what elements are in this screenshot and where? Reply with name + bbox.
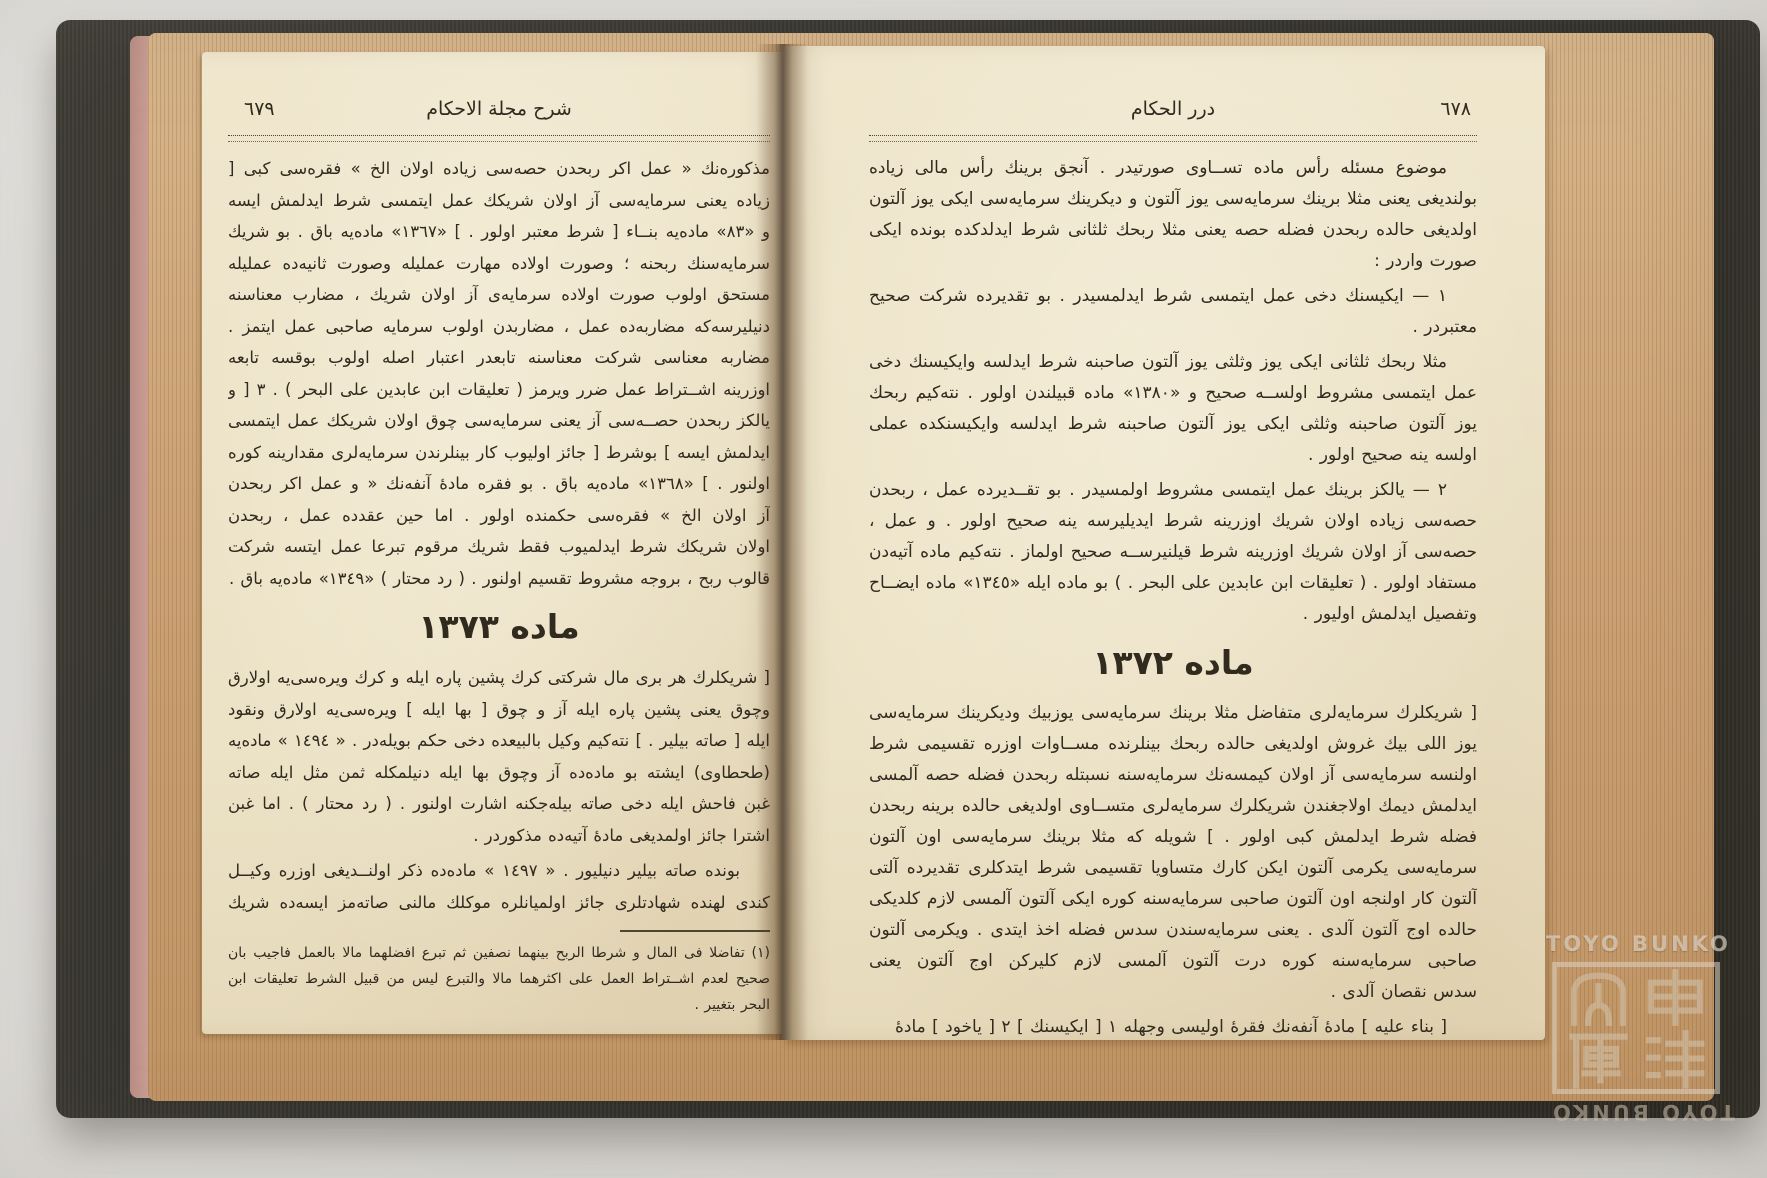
- footnote: (١) تفاضلا فى المال و شرطا الربح بينهما …: [228, 940, 770, 1018]
- paragraph: مثلا ربحك ثلثانى ايكى يوز وثلثى يوز آلتو…: [869, 347, 1477, 471]
- text-line: يوز آلتون صاحبنه وثلثى ايكى يوز آلتون صا…: [869, 409, 1477, 440]
- text-line: ايدلمش ديمك اولاجغندن شريكلرك سرمايه‌لرى…: [869, 791, 1477, 822]
- page-number-right: ٦٧٨: [1440, 98, 1471, 120]
- text-line: آلتون كار اولنجه اون آلتون صاحبى سرمايه‌…: [869, 884, 1477, 915]
- paragraph: [ شريكلرك سرمايه‌لرى متفاضل مثلا برينك س…: [869, 698, 1477, 1008]
- text-line: مذكوره‌نك « عمل اكر ربحدن حصه‌سى زياده ا…: [228, 153, 770, 185]
- text-line: اولسه ينه صحيح اولور .: [869, 440, 1477, 471]
- text-line: سرمايه‌سنك ربحنه ؛ وصورت اولاده مهارت عم…: [228, 248, 770, 280]
- running-title-right: درر الحكام: [869, 98, 1477, 120]
- text-line: كندى لهنده شهادتلرى جائز اولميانلره موكل…: [228, 887, 770, 919]
- text-line: سرمايه‌سى يكرمى آلتون ايكن كارك متساويا …: [869, 853, 1477, 884]
- text-line: صورت واردر :: [869, 246, 1477, 277]
- header-rule-left: [228, 135, 770, 142]
- text-line: يوز اللى بيك غروش اولديغى حالده ربحك بين…: [869, 729, 1477, 760]
- text-line: غبن فاحش ايله دخى صاته بيله‌جكنه اشارت ا…: [228, 788, 770, 820]
- header-rule-right: [869, 135, 1477, 142]
- text-line: اوزرينه اشــتراط عمل ضرر ويرمز ( تعليقات…: [228, 374, 770, 406]
- text-line: حصه‌سى آز اولان شريك اوزرينه شرط قيلنيرس…: [869, 537, 1477, 568]
- text-line: حالده اوج آلتون آلدى . يعنى سرمايه‌سندن …: [869, 915, 1477, 946]
- running-title-left: شرح مجلة الاحكام: [228, 98, 770, 120]
- text-line: مستفاد اولور . ( تعليقات ابن عابدين على …: [869, 568, 1477, 599]
- text-line: حصه‌سى زياده اولان شريك اوزرينه شرط ايدي…: [869, 506, 1477, 537]
- text-line: بونده صاته بيلير دنيليور . « ١٤٩٧ » ماده…: [228, 855, 770, 887]
- text-line: بولنديغى يعنى مثلا برينك سرمايه‌سى يوز آ…: [869, 184, 1477, 215]
- footnote-separator: [620, 930, 770, 932]
- text-line: ١ — ايكيسنك دخى عمل ايتمسى شرط ايدلمسيدر…: [869, 281, 1477, 312]
- page-right: ٦٧٨ درر الحكام موضوع مسئله رأس ماده تســ…: [782, 46, 1545, 1040]
- text-line: مثلا ربحك ثلثانى ايكى يوز وثلثى يوز آلتو…: [869, 347, 1477, 378]
- text-line: (١) تفاضلا فى المال و شرطا الربح بينهما …: [228, 940, 770, 966]
- text-line: يالكز ربحدن حصــه‌سى آز يعنى سرمايه‌سى چ…: [228, 405, 770, 437]
- paragraph: بونده صاته بيلير دنيليور . « ١٤٩٧ » ماده…: [228, 855, 770, 918]
- text-line: فضله شرط ايدلمش كبى اولور . ] شويله كه م…: [869, 822, 1477, 853]
- paragraph: [ شريكلرك هر برى مال شركتى كرك پشين پاره…: [228, 662, 770, 851]
- text-line: وچوق يعنى پشين پاره ايله آز و چوق [ بها …: [228, 694, 770, 726]
- page-right-body: موضوع مسئله رأس ماده تســاوى صورتيدر . آ…: [869, 153, 1477, 1043]
- text-line: و «٨٣» ماده‌يه بنــاء [ شرط معتبر اولور …: [228, 216, 770, 248]
- text-line: (طحطاوى) ايشته بو ماده‌ده آز وچوق بها اي…: [228, 757, 770, 789]
- text-line: آز اولان الخ » فقره‌سى حكمنده اولور . ام…: [228, 500, 770, 532]
- article-heading: ماده ١٣٧٢: [869, 634, 1477, 692]
- text-line: البحر بتغيير .: [228, 992, 770, 1018]
- paragraph: ٢ — يالكز برينك عمل ايتمسى مشروط اولمسيد…: [869, 475, 1477, 630]
- page-left: ٦٧٩ شرح مجلة الاحكام مذكوره‌نك « عمل اكر…: [202, 52, 782, 1034]
- text-line: معتبردر .: [869, 312, 1477, 343]
- paragraph: [ بناء عليه ] مادهٔ آنفه‌نك فقرهٔ اوليسى…: [869, 1012, 1477, 1043]
- text-line: [ شريكلرك سرمايه‌لرى متفاضل مثلا برينك س…: [869, 698, 1477, 729]
- text-line: اولديغى حالده ربحدن فضله حصه يعنى مثلا ر…: [869, 215, 1477, 246]
- text-line: ايله [ صاته بيلير . ] نته‌كيم وكيل بالبي…: [228, 725, 770, 757]
- text-line: اولنسه سرمايه‌سى آز اولان كيمسه‌نك سرماي…: [869, 760, 1477, 791]
- page-right-header: ٦٧٨ درر الحكام: [869, 98, 1477, 130]
- text-line: اولنور . ] «١٣٦٨» ماده‌يه باق . بو فقره …: [228, 468, 770, 500]
- text-line: اشترا جائز اولمديغى مادهٔ آتيه‌ده مذكورد…: [228, 820, 770, 852]
- page-left-body: مذكوره‌نك « عمل اكر ربحدن حصه‌سى زياده ا…: [228, 153, 770, 1018]
- text-line: عمل ايتمسى مشروط اولســه صحيح و «١٣٨٠» م…: [869, 378, 1477, 409]
- text-line: اولان شريكك شرط ايدلميوب فقط شريك مرقوم …: [228, 531, 770, 563]
- text-line: صحيح لعدم اشــتراط العمل على اكثرهما مال…: [228, 966, 770, 992]
- text-line: مستحق اولوب صورت اولاده سرمايه‌ى آز اولا…: [228, 279, 770, 311]
- paragraph: مذكوره‌نك « عمل اكر ربحدن حصه‌سى زياده ا…: [228, 153, 770, 594]
- text-line: مضاربه معناسى شركت معناسنه تابعدر اعتبار…: [228, 342, 770, 374]
- paragraph: ١ — ايكيسنك دخى عمل ايتمسى شرط ايدلمسيدر…: [869, 281, 1477, 343]
- text-line: وتفصيل ايدلمش اوليور .: [869, 599, 1477, 630]
- text-line: [ شريكلرك هر برى مال شركتى كرك پشين پاره…: [228, 662, 770, 694]
- text-line: صاحبى سرمايه‌سنه كوره درت آلتون آلمسى لا…: [869, 946, 1477, 977]
- text-line: زياده يعنى سرمايه‌سى آز اولان شريكك عمل …: [228, 185, 770, 217]
- text-line: سدس نقصان آلدى .: [869, 977, 1477, 1008]
- article-heading: ماده ١٣٧٣: [228, 598, 770, 656]
- text-line: قالوب ربح ، بروجه مشروط تقسيم اولنور . (…: [228, 563, 770, 595]
- text-line: دنيليرسه‌كه مضاربه‌ده عمل ، مضاربدن اولو…: [228, 311, 770, 343]
- page-number-left: ٦٧٩: [244, 98, 275, 120]
- page-left-header: ٦٧٩ شرح مجلة الاحكام: [228, 98, 770, 130]
- text-line: ايدلمش ايسه ] بوشرط [ جائز اوليوب كار بي…: [228, 437, 770, 469]
- book-photo: ٦٧٩ شرح مجلة الاحكام مذكوره‌نك « عمل اكر…: [0, 0, 1767, 1178]
- text-line: [ بناء عليه ] مادهٔ آنفه‌نك فقرهٔ اوليسى…: [869, 1012, 1477, 1043]
- paragraph: موضوع مسئله رأس ماده تســاوى صورتيدر . آ…: [869, 153, 1477, 277]
- text-line: موضوع مسئله رأس ماده تســاوى صورتيدر . آ…: [869, 153, 1477, 184]
- text-line: ٢ — يالكز برينك عمل ايتمسى مشروط اولمسيد…: [869, 475, 1477, 506]
